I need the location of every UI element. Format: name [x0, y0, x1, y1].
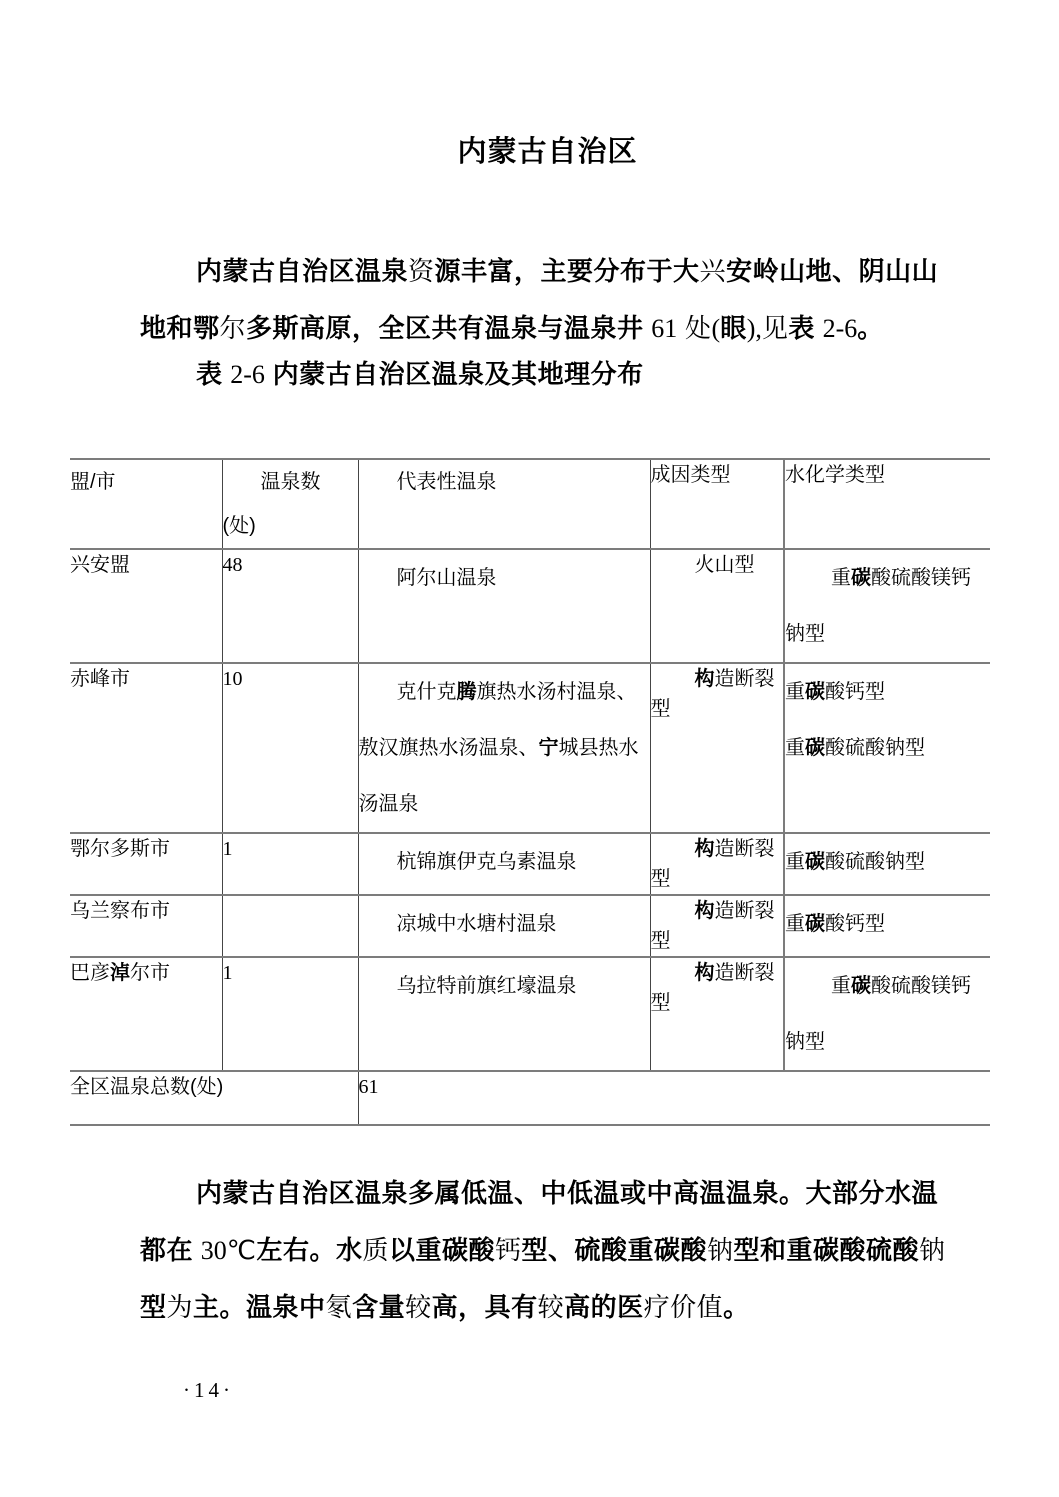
cell-chemistry: 重碳酸硫酸镁钙钠型 [784, 957, 990, 1071]
cell-city: 乌兰察布市 [70, 895, 222, 957]
hot-springs-table: 盟/市 温泉数(处) 代表性温泉 成因类型 水化学类型 兴安盟 48 阿尔山温泉… [70, 458, 990, 1126]
cell-genesis: 构造断裂型 [650, 663, 784, 833]
cell-count: 10 [222, 663, 358, 833]
cell-city: 赤峰市 [70, 663, 222, 833]
cell-chemistry: 重碳酸钙型重碳酸硫酸钠型 [784, 663, 990, 833]
cell-city: 巴彦淖尔市 [70, 957, 222, 1071]
cell-chemistry: 重碳酸硫酸钠型 [784, 833, 990, 895]
cell-springs: 杭锦旗伊克乌素温泉 [358, 833, 650, 895]
cell-genesis: 构造断裂型 [650, 833, 784, 895]
cell-city: 兴安盟 [70, 549, 222, 663]
cell-city: 鄂尔多斯市 [70, 833, 222, 895]
table-header-row: 盟/市 温泉数(处) 代表性温泉 成因类型 水化学类型 [70, 459, 990, 549]
table-row: 鄂尔多斯市 1 杭锦旗伊克乌素温泉 构造断裂型 重碳酸硫酸钠型 [70, 833, 990, 895]
header-cell-spring-count: 温泉数(处) [222, 459, 358, 549]
cell-count [222, 895, 358, 957]
cell-springs: 乌拉特前旗红壕温泉 [358, 957, 650, 1071]
cell-total-label: 全区温泉总数(处) [70, 1071, 358, 1125]
page-title: 内蒙古自治区 [0, 132, 1059, 172]
header-cell-genesis-type: 成因类型 [650, 459, 784, 549]
header-cell-hydrochemical-type: 水化学类型 [784, 459, 990, 549]
cell-count: 1 [222, 833, 358, 895]
page-number: ·14· [183, 1378, 234, 1403]
table-row: 巴彦淖尔市 1 乌拉特前旗红壕温泉 构造断裂型 重碳酸硫酸镁钙钠型 [70, 957, 990, 1071]
document-page: 内蒙古自治区 内蒙古自治区温泉资源丰富，主要分布于大兴安岭山地、阴山山地和鄂尔多… [0, 0, 1059, 1497]
cell-springs: 凉城中水塘村温泉 [358, 895, 650, 957]
cell-chemistry: 重碳酸钙型 [784, 895, 990, 957]
cell-count: 1 [222, 957, 358, 1071]
table-row: 赤峰市 10 克什克腾旗热水汤村温泉、敖汉旗热水汤温泉、宁城县热水汤温泉 构造断… [70, 663, 990, 833]
header-cell-representative: 代表性温泉 [358, 459, 650, 549]
cell-genesis: 构造断裂型 [650, 895, 784, 957]
cell-total-value: 61 [358, 1071, 990, 1125]
table-row: 乌兰察布市 凉城中水塘村温泉 构造断裂型 重碳酸钙型 [70, 895, 990, 957]
cell-chemistry: 重碳酸硫酸镁钙钠型 [784, 549, 990, 663]
table-row: 兴安盟 48 阿尔山温泉 火山型 重碳酸硫酸镁钙钠型 [70, 549, 990, 663]
cell-springs: 阿尔山温泉 [358, 549, 650, 663]
cell-genesis: 火山型 [650, 549, 784, 663]
cell-count: 48 [222, 549, 358, 663]
intro-paragraph: 内蒙古自治区温泉资源丰富，主要分布于大兴安岭山地、阴山山地和鄂尔多斯高原，全区共… [140, 243, 946, 357]
table-caption: 表 2-6 内蒙古自治区温泉及其地理分布 [196, 352, 644, 397]
table-total-row: 全区温泉总数(处) 61 [70, 1071, 990, 1125]
cell-genesis: 构造断裂型 [650, 957, 784, 1071]
summary-paragraph: 内蒙古自治区温泉多属低温、中低温或中高温温泉。大部分水温都在 30℃左右。水质以… [140, 1165, 946, 1336]
header-cell-league-city: 盟/市 [70, 459, 222, 549]
cell-springs: 克什克腾旗热水汤村温泉、敖汉旗热水汤温泉、宁城县热水汤温泉 [358, 663, 650, 833]
